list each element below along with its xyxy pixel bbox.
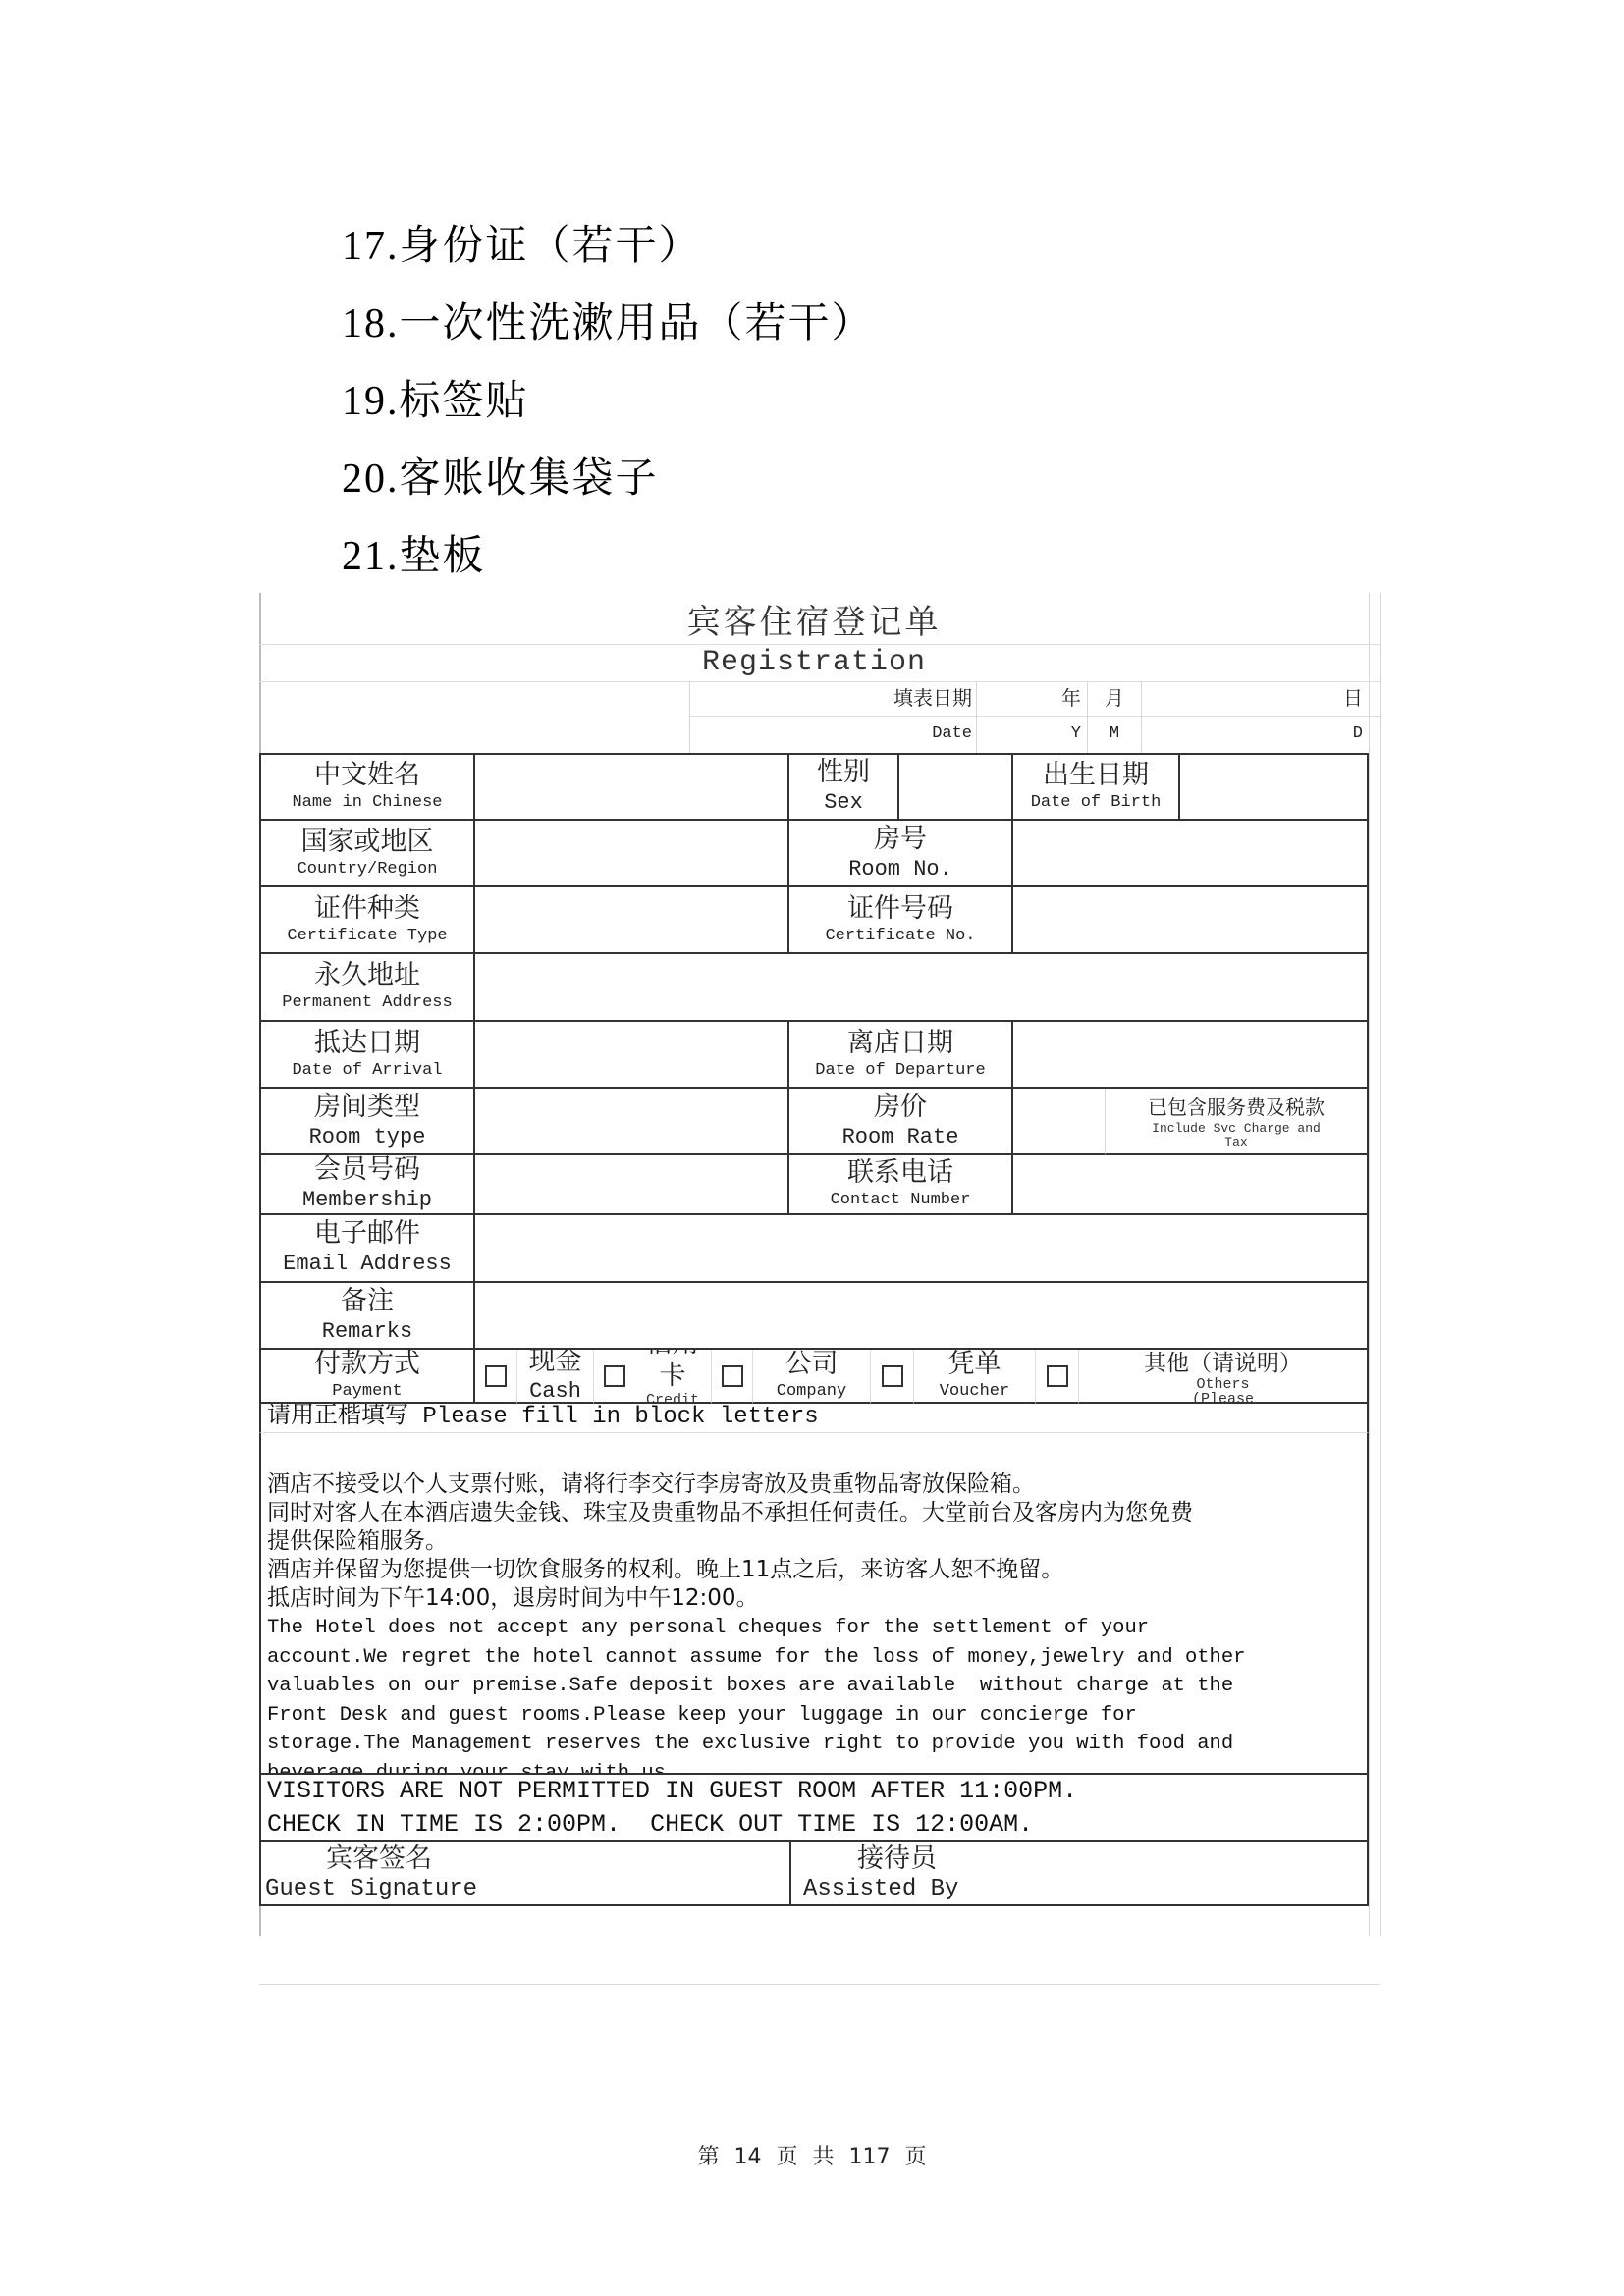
label-zh: 抵达日期	[314, 1027, 420, 1059]
room-no-field[interactable]	[1013, 821, 1369, 887]
title-en-text: Registration	[702, 646, 926, 679]
label-name: 中文姓名 Name in Chinese	[259, 753, 475, 821]
notice-zh-line: 酒店并保留为您提供一切饮食服务的权利。晚上11点之后，来访客人恕不挽留。	[267, 1556, 1361, 1584]
label-zh: 出生日期	[1043, 759, 1149, 791]
address-field[interactable]	[475, 954, 1369, 1022]
contact-field[interactable]	[1013, 1155, 1369, 1215]
membership-field[interactable]	[475, 1155, 789, 1215]
option-en: Others (Please specify)	[1169, 1377, 1277, 1404]
cert-type-field[interactable]	[475, 887, 789, 954]
label-zh: 联系电话	[847, 1156, 953, 1189]
notice-en-line: The Hotel does not accept any personal c…	[267, 1614, 1361, 1643]
form-title-zh: 宾客住宿登记单	[259, 593, 1369, 644]
day-en-label: D	[1353, 722, 1363, 746]
grid-line	[1380, 593, 1381, 1936]
notice-en-line: valuables on our premise.Safe deposit bo…	[267, 1672, 1361, 1701]
label-sex: 性别 Sex	[789, 753, 899, 821]
label-zh: 离店日期	[847, 1027, 953, 1059]
policy-notice: VISITORS ARE NOT PERMITTED IN GUEST ROOM…	[259, 1773, 1369, 1840]
label-en: Certificate No.	[825, 925, 975, 948]
assisted-by-field[interactable]: 接待员 Assisted By	[789, 1840, 1369, 1906]
rate-note-en: Include Svc Charge and Tax	[1138, 1122, 1334, 1149]
option-en: Cash	[529, 1377, 581, 1404]
checkbox-icon[interactable]	[882, 1365, 903, 1387]
notice-zh-line: 酒店不接受以个人支票付账，请将行李交行李房寄放及贵重物品寄放保险箱。	[267, 1470, 1361, 1499]
option-zh: 现金	[529, 1350, 582, 1377]
date-label-zh-text: 填表日期	[893, 682, 972, 715]
year-label: 年	[1061, 682, 1081, 715]
cert-no-field[interactable]	[1013, 887, 1369, 954]
notice-zh-line: 同时对客人在本酒店遗失金钱、珠宝及贵重物品不承担任何责任。大堂前台及客房内为您免…	[267, 1499, 1361, 1527]
checkbox-cash[interactable]	[475, 1350, 516, 1404]
guest-signature-field[interactable]: 宾客签名 Guest Signature	[259, 1840, 789, 1906]
label-zh: 国家或地区	[301, 826, 434, 858]
label-zh: 房价	[874, 1091, 927, 1123]
label-en: Sex	[824, 788, 863, 818]
year-en: Y	[976, 716, 1087, 753]
grid-line	[689, 681, 690, 753]
label-cert-type: 证件种类 Certificate Type	[259, 887, 475, 954]
option-zh: 其他（请说明）	[1144, 1350, 1302, 1377]
label-zh: 电子邮件	[314, 1217, 420, 1250]
label-en: Membership	[302, 1186, 432, 1215]
month-en-label: M	[1110, 722, 1119, 746]
checkbox-others[interactable]	[1035, 1350, 1078, 1404]
page-footer: 第 14 页 共 117 页	[0, 2140, 1624, 2170]
label-en: Payment	[332, 1380, 402, 1404]
label-remarks: 备注 Remarks	[259, 1283, 475, 1350]
day-input[interactable]: 日	[1141, 681, 1369, 716]
label-zh: 性别	[817, 756, 870, 788]
label-en: Date of Departure	[815, 1059, 985, 1083]
label-room-rate: 房价 Room Rate	[789, 1089, 1013, 1155]
option-zh: 公司	[785, 1350, 839, 1380]
notice-en-line: storage.The Management reserves the excl…	[267, 1730, 1361, 1759]
label-en: Certificate Type	[287, 925, 447, 948]
departure-field[interactable]	[1013, 1022, 1369, 1089]
label-payment: 付款方式 Payment	[259, 1350, 475, 1404]
block-letters-text: 请用正楷填写 Please fill in block letters	[267, 1404, 819, 1430]
notice-en-line: Front Desk and guest rooms.Please keep y…	[267, 1701, 1361, 1731]
label-en: Name in Chinese	[292, 791, 442, 815]
label-arrival: 抵达日期 Date of Arrival	[259, 1022, 475, 1089]
label-country: 国家或地区 Country/Region	[259, 821, 475, 887]
date-label-en: Date	[789, 716, 976, 753]
label-en: Permanent Address	[282, 991, 452, 1015]
day-label: 日	[1343, 682, 1363, 715]
checkbox-credit-card[interactable]	[593, 1350, 634, 1404]
label-room-no: 房号 Room No.	[789, 821, 1013, 887]
label-zh: 中文姓名	[314, 759, 420, 791]
month-en: M	[1087, 716, 1141, 753]
label-email: 电子邮件 Email Address	[259, 1215, 475, 1283]
label-dob: 出生日期 Date of Birth	[1013, 753, 1180, 821]
arrival-field[interactable]	[475, 1022, 789, 1089]
country-field[interactable]	[475, 821, 789, 887]
block-letters-note: 请用正楷填写 Please fill in block letters	[259, 1404, 1369, 1432]
option-en: Voucher	[940, 1380, 1009, 1404]
option-others: 其他（请说明） Others (Please specify)	[1078, 1350, 1369, 1404]
notice-en-line: beverage during your stay with us.	[267, 1759, 1361, 1774]
rate-note-zh: 已包含服务费及税款	[1148, 1093, 1325, 1122]
label-address: 永久地址 Permanent Address	[259, 954, 475, 1022]
label-en: Country/Region	[298, 858, 438, 881]
email-field[interactable]	[475, 1215, 1369, 1283]
label-en: Date of Birth	[1031, 791, 1162, 815]
option-en: Company	[777, 1380, 846, 1404]
spacer-row	[259, 1432, 1369, 1467]
month-label: 月	[1105, 682, 1124, 715]
label-room-type: 房间类型 Room type	[259, 1089, 475, 1155]
option-zh: 信用卡	[634, 1350, 711, 1392]
checkin-line: CHECK IN TIME IS 2:00PM. CHECK OUT TIME …	[267, 1808, 1361, 1840]
list-item: 18.一次性洗漱用品（若干）	[342, 286, 875, 363]
label-contact: 联系电话 Contact Number	[789, 1155, 1013, 1215]
notice-en-line: account.We regret the hotel cannot assum…	[267, 1643, 1361, 1673]
signature-label-zh: 宾客签名	[265, 1842, 432, 1875]
checkbox-icon[interactable]	[722, 1365, 743, 1387]
sex-field[interactable]	[899, 753, 1013, 821]
list-item: 20.客账收集袋子	[342, 441, 875, 518]
grid-line	[1369, 593, 1370, 1936]
title-zh-text: 宾客住宿登记单	[687, 595, 942, 643]
label-en: Date of Arrival	[292, 1059, 442, 1083]
visitors-line: VISITORS ARE NOT PERMITTED IN GUEST ROOM…	[267, 1775, 1361, 1808]
label-zh: 付款方式	[314, 1350, 420, 1380]
day-en: D	[1141, 716, 1369, 753]
label-en: Room No.	[848, 855, 952, 884]
year-en-label: Y	[1071, 722, 1081, 746]
label-zh: 备注	[341, 1285, 394, 1317]
option-company: 公司 Company	[752, 1350, 870, 1404]
label-en: Remarks	[322, 1317, 412, 1347]
grid-line	[259, 1984, 1380, 1985]
label-zh: 房号	[874, 823, 927, 855]
rate-note: 已包含服务费及税款 Include Svc Charge and Tax	[1105, 1089, 1369, 1155]
year-input[interactable]: 年	[976, 681, 1087, 716]
remarks-field[interactable]	[475, 1283, 1369, 1350]
notice-zh-line: 抵店时间为下午14:00，退房时间为中午12:00。	[267, 1584, 1361, 1613]
checkbox-company[interactable]	[711, 1350, 752, 1404]
label-en: Contact Number	[831, 1189, 971, 1212]
label-en: Email Address	[283, 1250, 452, 1279]
date-label-en-text: Date	[932, 722, 972, 746]
list-item: 17.身份证（若干）	[342, 208, 875, 286]
name-field[interactable]	[475, 753, 789, 821]
room-type-field[interactable]	[475, 1089, 789, 1155]
equipment-list: 17.身份证（若干） 18.一次性洗漱用品（若干） 19.标签贴 20.客账收集…	[342, 208, 875, 596]
label-zh: 永久地址	[314, 959, 420, 991]
option-credit-card: 信用卡 Credit Card	[634, 1350, 711, 1404]
list-item: 19.标签贴	[342, 363, 875, 441]
assisted-label-en: Assisted By	[803, 1875, 958, 1904]
label-departure: 离店日期 Date of Departure	[789, 1022, 1013, 1089]
label-en: Room Rate	[842, 1123, 959, 1152]
label-cert-no: 证件号码 Certificate No.	[789, 887, 1013, 954]
room-rate-field[interactable]	[1013, 1089, 1105, 1155]
notice-zh: 酒店不接受以个人支票付账，请将行李交行李房寄放及贵重物品寄放保险箱。 同时对客人…	[259, 1467, 1369, 1614]
checkbox-icon[interactable]	[604, 1365, 625, 1387]
notice-en: The Hotel does not accept any personal c…	[259, 1614, 1369, 1773]
month-input[interactable]: 月	[1087, 681, 1141, 716]
label-zh: 房间类型	[314, 1091, 420, 1123]
checkbox-icon[interactable]	[1047, 1365, 1068, 1387]
dob-field[interactable]	[1180, 753, 1369, 821]
label-membership: 会员号码 Membership	[259, 1155, 475, 1215]
label-en: Room type	[309, 1123, 426, 1152]
checkbox-icon[interactable]	[485, 1365, 507, 1387]
date-label-zh: 填表日期	[789, 681, 976, 716]
signature-label-en: Guest Signature	[265, 1875, 477, 1904]
option-zh: 凭单	[948, 1350, 1001, 1380]
checkbox-voucher[interactable]	[870, 1350, 913, 1404]
notice-zh-line: 提供保险箱服务。	[267, 1527, 1361, 1556]
option-cash: 现金 Cash	[516, 1350, 593, 1404]
assisted-label-zh: 接待员	[803, 1842, 937, 1875]
label-zh: 证件号码	[847, 892, 953, 925]
option-en: Credit Card	[643, 1392, 702, 1405]
form-title-en: Registration	[259, 644, 1369, 681]
option-voucher: 凭单 Voucher	[913, 1350, 1035, 1404]
registration-form: 宾客住宿登记单 Registration 填表日期 Date 年 Y 月 M 日…	[259, 593, 1369, 1936]
list-item: 21.垫板	[342, 518, 875, 596]
label-zh: 会员号码	[314, 1155, 420, 1186]
label-zh: 证件种类	[314, 892, 420, 925]
